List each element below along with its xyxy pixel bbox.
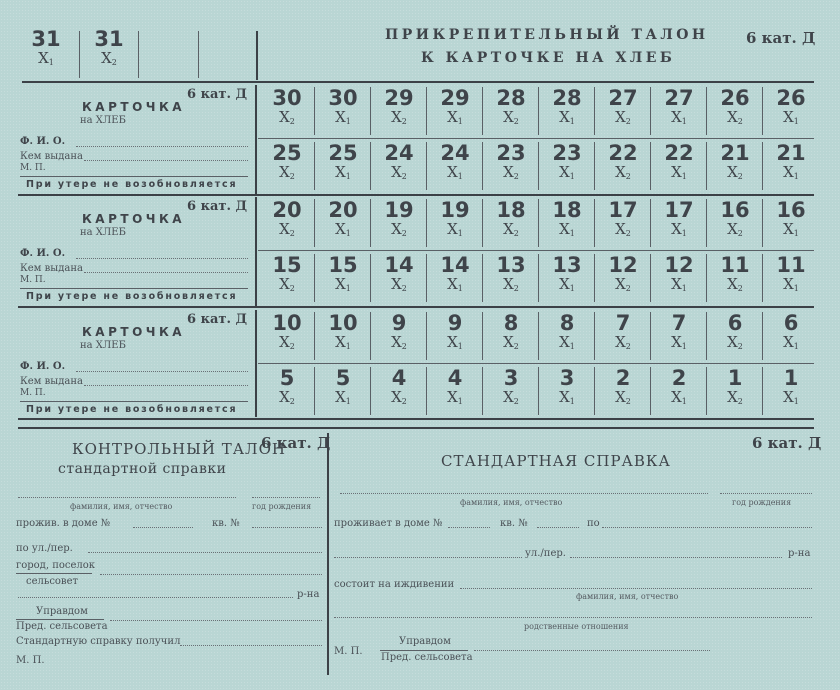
coupon-series: X1	[427, 164, 483, 185]
coupon-series: X1	[315, 164, 371, 185]
coupon-day: 12	[595, 254, 651, 276]
coupon-7-x2[interactable]: 7X2	[595, 312, 651, 355]
cert-relation-input[interactable]	[334, 617, 812, 618]
coupon-day: 18	[483, 199, 539, 221]
coupon-day: 26	[763, 87, 819, 109]
village-label: сельсовет	[26, 576, 78, 587]
district-input[interactable]	[18, 597, 293, 598]
coupon-series: X2	[707, 221, 763, 242]
coupon-22-x1[interactable]: 22X1	[651, 142, 707, 185]
coupon-day: 31	[80, 28, 138, 50]
cert-district-label: р-на	[788, 548, 810, 559]
coupon-series: X1	[315, 389, 371, 410]
coupon-series: X2	[595, 334, 651, 355]
house-input[interactable]	[133, 527, 193, 528]
coupon-day: 16	[707, 199, 763, 221]
coupon-17-x1[interactable]: 17X1	[651, 199, 707, 242]
coupon-series: X2	[595, 276, 651, 297]
coupon-19-x2[interactable]: 19X2	[371, 199, 427, 242]
coupon-day: 23	[483, 142, 539, 164]
coupon-series: X2	[371, 221, 427, 242]
coupon-series: X2	[707, 109, 763, 130]
card-issued-input[interactable]	[84, 272, 248, 273]
city-village-rule	[16, 573, 92, 574]
coupon-series: X1	[651, 164, 707, 185]
coupon-23-x1[interactable]: 23X1	[539, 142, 595, 185]
coupon-30-x2[interactable]: 30X2	[259, 87, 315, 130]
cert-apt-input[interactable]	[537, 527, 579, 528]
header-title-line1: ПРИКРЕПИТЕЛЬНЫЙ ТАЛОН	[385, 27, 709, 43]
coupon-12-x1[interactable]: 12X1	[651, 254, 707, 297]
coupon-series: X1	[315, 221, 371, 242]
coupon-series: X2	[483, 276, 539, 297]
coupon-day: 11	[707, 254, 763, 276]
coupon-series: X1	[763, 389, 819, 410]
coupon-24-x2[interactable]: 24X2	[371, 142, 427, 185]
card-vertical-divider	[255, 197, 257, 307]
card-separator	[18, 194, 814, 196]
coupon-series: X2	[259, 164, 315, 185]
separator-bottom-2	[18, 427, 814, 429]
coupon-day: 30	[315, 87, 371, 109]
received-signature-input[interactable]	[180, 645, 322, 646]
street-label: по ул./пер.	[16, 543, 73, 554]
coupon-day: 22	[651, 142, 707, 164]
control-stub-title: КОНТРОЛЬНЫЙ ТАЛОН	[72, 440, 286, 458]
coupon-series: X2	[371, 334, 427, 355]
coupon-5-x2[interactable]: 5X2	[259, 367, 315, 410]
coupon-series: X1	[651, 334, 707, 355]
coupon-18-x1[interactable]: 18X1	[539, 199, 595, 242]
coupon-day: 27	[651, 87, 707, 109]
coupon-31-x2[interactable]: 31 X2	[80, 28, 138, 71]
coupon-day: 30	[259, 87, 315, 109]
manager-label: Управдом	[36, 606, 88, 617]
coupon-8-x1[interactable]: 8X1	[539, 312, 595, 355]
coupon-4-x2[interactable]: 4X2	[371, 367, 427, 410]
coupon-day: 1	[707, 367, 763, 389]
coupon-series: X1	[539, 221, 595, 242]
coupon-series: X2	[707, 276, 763, 297]
cert-relation-caption: родственные отношения	[524, 622, 629, 631]
coupon-day: 4	[427, 367, 483, 389]
cert-lives-label: проживает в доме №	[334, 518, 443, 529]
cert-birth-input[interactable]	[720, 493, 812, 494]
coupon-15-x2[interactable]: 15X2	[259, 254, 315, 297]
coupon-20-x2[interactable]: 20X2	[259, 199, 315, 242]
card-separator	[18, 306, 814, 308]
cert-chairman-label: Пред. сельсовета	[381, 652, 473, 663]
chairman-label: Пред. сельсовета	[16, 621, 108, 632]
coupon-2-x1[interactable]: 2X1	[651, 367, 707, 410]
coupon-row-divider	[258, 138, 814, 139]
issued-by-label: Кем выдана	[20, 263, 83, 274]
coupon-21-x1[interactable]: 21X1	[763, 142, 819, 185]
coupon-25-x2[interactable]: 25X2	[259, 142, 315, 185]
birth-caption: год рождения	[252, 502, 311, 511]
fio-label: Ф. И. О.	[20, 136, 65, 147]
coupon-day: 5	[259, 367, 315, 389]
coupon-series: X2	[259, 109, 315, 130]
coupon-12-x2[interactable]: 12X2	[595, 254, 651, 297]
coupon-3-x1[interactable]: 3X1	[539, 367, 595, 410]
coupon-26-x2[interactable]: 26X2	[707, 87, 763, 130]
coupon-24-x1[interactable]: 24X1	[427, 142, 483, 185]
stub-divider	[198, 31, 199, 78]
coupon-day: 9	[371, 312, 427, 334]
coupon-series: X1	[763, 334, 819, 355]
cert-fio-caption: фамилия, имя, отчество	[460, 498, 562, 507]
card-title: КАРТОЧКА	[82, 100, 185, 114]
coupon-series: X1	[427, 221, 483, 242]
coupon-series: X2	[595, 221, 651, 242]
cert-apt-label: кв. №	[500, 518, 528, 529]
coupon-day: 29	[371, 87, 427, 109]
coupon-series: X2	[371, 276, 427, 297]
coupon-day: 5	[315, 367, 371, 389]
certificate-category: 6 кат. Д	[752, 434, 821, 452]
coupon-series: X1	[539, 164, 595, 185]
district-label: р-на	[297, 589, 319, 600]
coupon-5-x1[interactable]: 5X1	[315, 367, 371, 410]
lost-notice: При утере не возобновляется	[26, 404, 237, 415]
cert-manager-rule	[380, 650, 468, 651]
coupon-16-x2[interactable]: 16X2	[707, 199, 763, 242]
coupon-9-x1[interactable]: 9X1	[427, 312, 483, 355]
coupon-day: 25	[315, 142, 371, 164]
stub-divider-main	[256, 31, 258, 80]
coupon-day: 6	[763, 312, 819, 334]
manager-rule	[16, 619, 104, 620]
lost-notice: При утере не возобновляется	[26, 179, 237, 190]
control-stub-category: 6 кат. Д	[261, 434, 330, 452]
coupon-series: X1	[763, 109, 819, 130]
coupon-day: 16	[763, 199, 819, 221]
card-rule	[20, 401, 248, 402]
coupon-day: 26	[707, 87, 763, 109]
coupon-day: 23	[539, 142, 595, 164]
stamp-label: М. П.	[20, 388, 46, 398]
coupon-day: 25	[259, 142, 315, 164]
coupon-27-x2[interactable]: 27X2	[595, 87, 651, 130]
coupon-series: X2	[371, 164, 427, 185]
street-input[interactable]	[88, 552, 322, 553]
stamp-label: М. П.	[20, 275, 46, 285]
coupon-day: 1	[763, 367, 819, 389]
coupon-19-x1[interactable]: 19X1	[427, 199, 483, 242]
coupon-day: 13	[539, 254, 595, 276]
card-vertical-divider	[255, 85, 257, 195]
coupon-23-x2[interactable]: 23X2	[483, 142, 539, 185]
card-fio-input[interactable]	[76, 146, 248, 147]
separator-top	[22, 81, 814, 83]
coupon-series: X1	[427, 389, 483, 410]
coupon-series: X2	[80, 50, 138, 71]
coupon-day: 19	[427, 199, 483, 221]
fio-caption: фамилия, имя, отчество	[70, 502, 172, 511]
coupon-day: 3	[539, 367, 595, 389]
coupon-series: X2	[483, 221, 539, 242]
coupon-series: X2	[707, 389, 763, 410]
cert-stamp-label: М. П.	[334, 646, 363, 657]
coupon-series: X2	[483, 164, 539, 185]
card-fio-input[interactable]	[76, 371, 248, 372]
apt-input[interactable]	[252, 527, 322, 528]
coupon-series: X2	[259, 276, 315, 297]
coupon-day: 31	[17, 28, 75, 50]
cert-district-input[interactable]	[570, 557, 782, 558]
coupon-series: X2	[483, 389, 539, 410]
card-rule	[20, 176, 248, 177]
coupon-27-x1[interactable]: 27X1	[651, 87, 707, 130]
card-vertical-divider	[255, 310, 257, 417]
certificate-title: СТАНДАРТНАЯ СПРАВКА	[441, 452, 671, 470]
card-category: 6 кат. Д	[187, 312, 247, 327]
coupon-day: 7	[595, 312, 651, 334]
coupon-series: X1	[763, 276, 819, 297]
cert-manager-label: Управдом	[399, 636, 451, 647]
coupon-day: 12	[651, 254, 707, 276]
separator-bottom-1	[18, 418, 814, 420]
coupon-18-x2[interactable]: 18X2	[483, 199, 539, 242]
coupon-day: 17	[651, 199, 707, 221]
coupon-series: X1	[539, 389, 595, 410]
coupon-series: X2	[595, 164, 651, 185]
coupon-14-x1[interactable]: 14X1	[427, 254, 483, 297]
cert-dependent-label: состоит на иждивении	[334, 579, 454, 590]
coupon-31-x1[interactable]: 31 X1	[17, 28, 75, 71]
coupon-series: X1	[539, 276, 595, 297]
coupon-series: X2	[259, 389, 315, 410]
coupon-28-x1[interactable]: 28X1	[539, 87, 595, 130]
coupon-1-x2[interactable]: 1X2	[707, 367, 763, 410]
coupon-day: 15	[259, 254, 315, 276]
card-subtitle: на ХЛЕБ	[80, 115, 126, 126]
coupon-6-x2[interactable]: 6X2	[707, 312, 763, 355]
coupon-day: 2	[651, 367, 707, 389]
coupon-day: 14	[427, 254, 483, 276]
stub-divider	[138, 31, 139, 78]
coupon-day: 11	[763, 254, 819, 276]
coupon-series: X1	[539, 109, 595, 130]
signature-input[interactable]	[110, 620, 322, 621]
coupon-10-x2[interactable]: 10X2	[259, 312, 315, 355]
coupon-day: 17	[595, 199, 651, 221]
cert-along-input[interactable]	[602, 527, 812, 528]
coupon-series: X2	[707, 164, 763, 185]
issued-by-label: Кем выдана	[20, 151, 83, 162]
card-category: 6 кат. Д	[187, 199, 247, 214]
stamp-label: М. П.	[16, 655, 45, 666]
coupon-series: X1	[539, 334, 595, 355]
cert-street-input[interactable]	[334, 557, 522, 558]
coupon-14-x2[interactable]: 14X2	[371, 254, 427, 297]
coupon-16-x1[interactable]: 16X1	[763, 199, 819, 242]
fio-label: Ф. И. О.	[20, 248, 65, 259]
cert-birth-caption: год рождения	[732, 498, 791, 507]
coupon-6-x1[interactable]: 6X1	[763, 312, 819, 355]
coupon-series: X1	[651, 221, 707, 242]
coupon-day: 6	[707, 312, 763, 334]
card-title: КАРТОЧКА	[82, 212, 185, 226]
coupon-28-x2[interactable]: 28X2	[483, 87, 539, 130]
coupon-series: X1	[427, 109, 483, 130]
coupon-day: 24	[371, 142, 427, 164]
lives-label: прожив. в доме №	[16, 518, 110, 529]
cert-dependent-caption: фамилия, имя, отчество	[576, 592, 678, 601]
coupon-10-x1[interactable]: 10X1	[315, 312, 371, 355]
coupon-day: 28	[539, 87, 595, 109]
coupon-17-x2[interactable]: 17X2	[595, 199, 651, 242]
coupon-11-x2[interactable]: 11X2	[707, 254, 763, 297]
cert-signature-input[interactable]	[474, 650, 710, 651]
coupon-series: X2	[259, 334, 315, 355]
city-input[interactable]	[100, 574, 322, 575]
coupon-7-x1[interactable]: 7X1	[651, 312, 707, 355]
coupon-8-x2[interactable]: 8X2	[483, 312, 539, 355]
coupon-day: 13	[483, 254, 539, 276]
perforation-divider	[327, 433, 329, 675]
city-label: город, поселок	[16, 560, 95, 571]
coupon-day: 18	[539, 199, 595, 221]
coupon-day: 21	[707, 142, 763, 164]
coupon-4-x1[interactable]: 4X1	[427, 367, 483, 410]
coupon-26-x1[interactable]: 26X1	[763, 87, 819, 130]
coupon-series: X1	[315, 334, 371, 355]
coupon-30-x1[interactable]: 30X1	[315, 87, 371, 130]
card-subtitle: на ХЛЕБ	[80, 340, 126, 351]
coupon-day: 29	[427, 87, 483, 109]
coupon-series: X2	[371, 109, 427, 130]
coupon-day: 10	[259, 312, 315, 334]
coupon-series: X2	[595, 389, 651, 410]
card-fio-input[interactable]	[76, 258, 248, 259]
birth-year-input[interactable]	[252, 497, 320, 498]
apt-label: кв. №	[212, 518, 240, 529]
coupon-day: 27	[595, 87, 651, 109]
coupon-series: X1	[427, 334, 483, 355]
issued-by-label: Кем выдана	[20, 376, 83, 387]
coupon-day: 7	[651, 312, 707, 334]
coupon-series: X1	[763, 164, 819, 185]
coupon-3-x2[interactable]: 3X2	[483, 367, 539, 410]
control-stub-subtitle: стандартной справки	[58, 461, 226, 477]
coupon-series: X1	[651, 109, 707, 130]
coupon-series: X2	[483, 334, 539, 355]
coupon-day: 8	[539, 312, 595, 334]
coupon-row-divider	[258, 363, 814, 364]
coupon-series: X2	[707, 334, 763, 355]
fio-label: Ф. И. О.	[20, 361, 65, 372]
coupon-day: 14	[371, 254, 427, 276]
coupon-22-x2[interactable]: 22X2	[595, 142, 651, 185]
coupon-25-x1[interactable]: 25X1	[315, 142, 371, 185]
coupon-day: 21	[763, 142, 819, 164]
coupon-row-divider	[258, 250, 814, 251]
coupon-11-x1[interactable]: 11X1	[763, 254, 819, 297]
cert-fio-input[interactable]	[340, 493, 708, 494]
cert-street-label: ул./пер.	[525, 548, 566, 559]
card-issued-input[interactable]	[84, 385, 248, 386]
card-category: 6 кат. Д	[187, 87, 247, 102]
coupon-20-x1[interactable]: 20X1	[315, 199, 371, 242]
cert-house-input[interactable]	[448, 527, 490, 528]
coupon-series: X2	[371, 389, 427, 410]
coupon-series: X1	[651, 389, 707, 410]
coupon-day: 19	[371, 199, 427, 221]
coupon-series: X1	[763, 221, 819, 242]
received-label: Стандартную справку получил	[16, 636, 180, 647]
coupon-29-x1[interactable]: 29X1	[427, 87, 483, 130]
coupon-day: 2	[595, 367, 651, 389]
coupon-day: 24	[427, 142, 483, 164]
lost-notice: При утере не возобновляется	[26, 291, 237, 302]
coupon-series: X2	[595, 109, 651, 130]
coupon-day: 8	[483, 312, 539, 334]
fio-input[interactable]	[18, 497, 236, 498]
header-category: 6 кат. Д	[746, 29, 815, 47]
coupon-day: 20	[315, 199, 371, 221]
coupon-21-x2[interactable]: 21X2	[707, 142, 763, 185]
coupon-series: X1	[315, 109, 371, 130]
card-rule	[20, 288, 248, 289]
coupon-series: X1	[651, 276, 707, 297]
card-subtitle: на ХЛЕБ	[80, 227, 126, 238]
cert-along-label: по	[587, 518, 600, 529]
coupon-series: X1	[427, 276, 483, 297]
coupon-9-x2[interactable]: 9X2	[371, 312, 427, 355]
coupon-day: 10	[315, 312, 371, 334]
coupon-series: X2	[259, 221, 315, 242]
coupon-15-x1[interactable]: 15X1	[315, 254, 371, 297]
coupon-day: 9	[427, 312, 483, 334]
coupon-day: 20	[259, 199, 315, 221]
coupon-day: 3	[483, 367, 539, 389]
coupon-day: 28	[483, 87, 539, 109]
card-title: КАРТОЧКА	[82, 325, 185, 339]
coupon-series: X2	[483, 109, 539, 130]
coupon-1-x1[interactable]: 1X1	[763, 367, 819, 410]
coupon-2-x2[interactable]: 2X2	[595, 367, 651, 410]
coupon-29-x2[interactable]: 29X2	[371, 87, 427, 130]
coupon-13-x1[interactable]: 13X1	[539, 254, 595, 297]
coupon-series: X1	[315, 276, 371, 297]
coupon-13-x2[interactable]: 13X2	[483, 254, 539, 297]
coupon-day: 4	[371, 367, 427, 389]
stamp-label: М. П.	[20, 163, 46, 173]
coupon-day: 15	[315, 254, 371, 276]
coupon-day: 22	[595, 142, 651, 164]
coupon-series: X1	[17, 50, 75, 71]
card-issued-input[interactable]	[84, 160, 248, 161]
header-title-line2: К КАРТОЧКЕ НА ХЛЕБ	[421, 50, 675, 66]
cert-dependent-input[interactable]	[460, 588, 812, 589]
